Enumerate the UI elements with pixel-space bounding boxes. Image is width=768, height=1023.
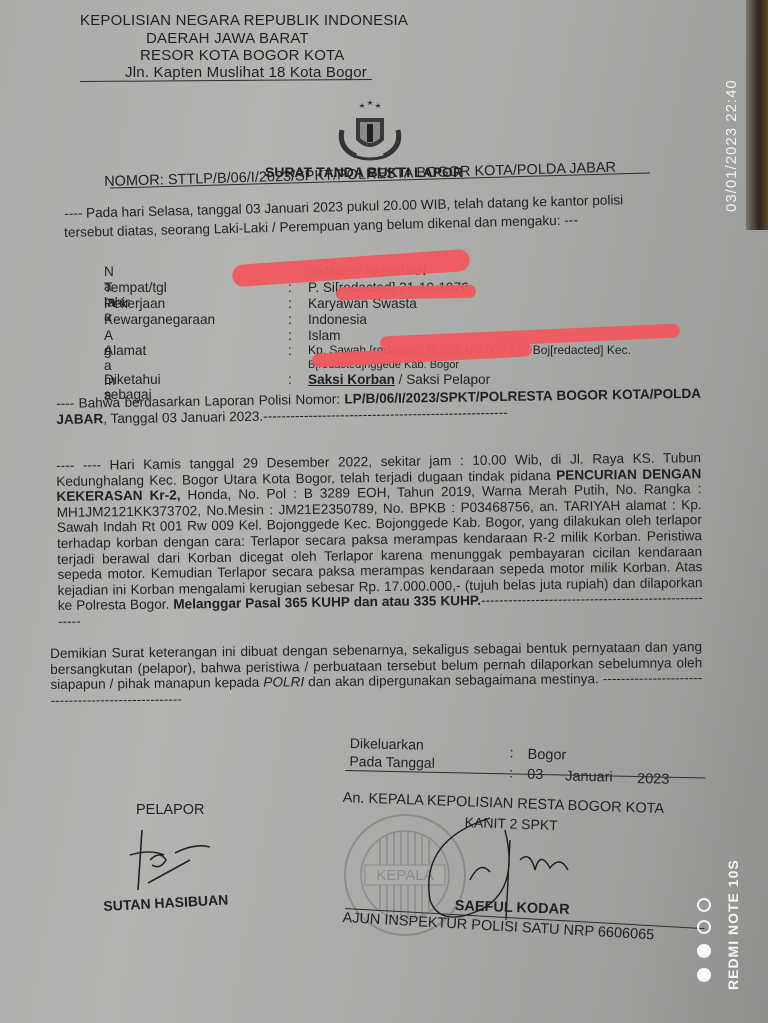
issued-date-label: Pada Tanggal — [349, 753, 435, 771]
field-value: Islam — [308, 328, 340, 343]
police-emblem-icon — [330, 100, 410, 162]
closing-polri: POLRI — [263, 675, 304, 690]
issued-place-value: Bogor — [527, 747, 566, 764]
field-colon: : — [288, 312, 292, 327]
issued-colon: : — [510, 744, 514, 760]
field-colon: : — [288, 372, 292, 387]
incident-violation: Melanggar Pasal 365 KUHP dan atau 335 KU… — [173, 593, 481, 612]
field-value: Saksi Korban / Saksi Pelapor — [308, 372, 490, 387]
camera-timestamp: 03/01/2023 22:40 — [723, 79, 740, 212]
issued-date-year: 2023 — [637, 771, 670, 788]
field-label: Pekerjaan — [104, 296, 165, 311]
redaction-mark — [336, 285, 476, 300]
field-label: Alamat — [104, 343, 146, 358]
field-value: Indonesia — [308, 312, 367, 327]
reporter-role: PELAPOR — [136, 802, 205, 818]
letterhead-line-1: KEPOLISIAN NEGARA REPUBLIK INDONESIA — [80, 12, 408, 29]
field-colon: : — [288, 343, 292, 358]
letterhead-line-3: RESOR KOTA BOGOR KOTA — [140, 47, 345, 64]
camera-device-watermark: REDMI NOTE 10S — [725, 859, 741, 990]
logo-dot-outline — [697, 898, 711, 912]
field-colon: : — [288, 296, 292, 311]
reporter-signature-icon — [120, 825, 220, 895]
letterhead-line-2: DAERAH JAWA BARAT — [146, 30, 309, 47]
field-label: Kewarganegaraan — [104, 312, 215, 327]
issued-date-month: Januari — [565, 769, 613, 786]
closing-paragraph: Demikian Surat keterangan ini dibuat den… — [50, 639, 703, 708]
known-as-rest: / Saksi Pelapor — [395, 372, 490, 387]
known-as-selected: Saksi Korban — [308, 372, 395, 387]
issued-place-label: Dikeluarkan — [350, 735, 424, 753]
incident-paragraph: ---- ---- Hari Kamis tanggal 29 Desember… — [56, 450, 703, 629]
logo-dot-filled — [697, 944, 711, 958]
logo-dot-outline — [697, 920, 711, 934]
background-edge — [746, 0, 768, 230]
logo-dot-filled — [697, 968, 711, 982]
field-colon: : — [288, 328, 292, 343]
